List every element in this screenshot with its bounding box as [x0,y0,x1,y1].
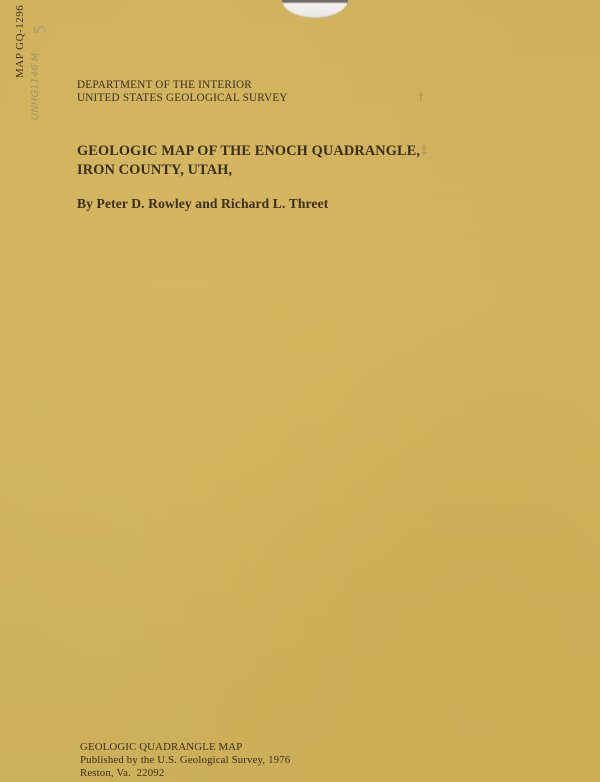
pencil-mark: ‡ [421,143,427,157]
department-name: DEPARTMENT OF THE INTERIOR [77,79,288,92]
location-line: Reston, Va. 22092 [80,767,290,780]
envelope-thumb-notch [282,0,348,18]
title-line-1: GEOLOGIC MAP OF THE ENOCH QUADRANGLE, [77,142,420,161]
handwritten-note: UNHG1146 M [30,53,41,120]
handwritten-price: 5 [31,24,50,34]
map-type: GEOLOGIC QUADRANGLE MAP [80,741,290,754]
series-label: MAP GQ-1296 [14,5,26,78]
survey-name: UNITED STATES GEOLOGICAL SURVEY [77,92,288,105]
map-title: GEOLOGIC MAP OF THE ENOCH QUADRANGLE, IR… [77,142,420,180]
publication-block: GEOLOGIC QUADRANGLE MAP Published by the… [80,741,290,780]
pencil-mark: † [418,90,424,104]
map-cover: MAP GQ-1296 UNHG1146 M 5 † ‡ DEPARTMENT … [0,0,600,782]
title-line-2: IRON COUNTY, UTAH, [77,161,420,180]
agency-block: DEPARTMENT OF THE INTERIOR UNITED STATES… [77,79,288,105]
publisher-line: Published by the U.S. Geological Survey,… [80,754,290,767]
authors: By Peter D. Rowley and Richard L. Threet [77,196,328,212]
